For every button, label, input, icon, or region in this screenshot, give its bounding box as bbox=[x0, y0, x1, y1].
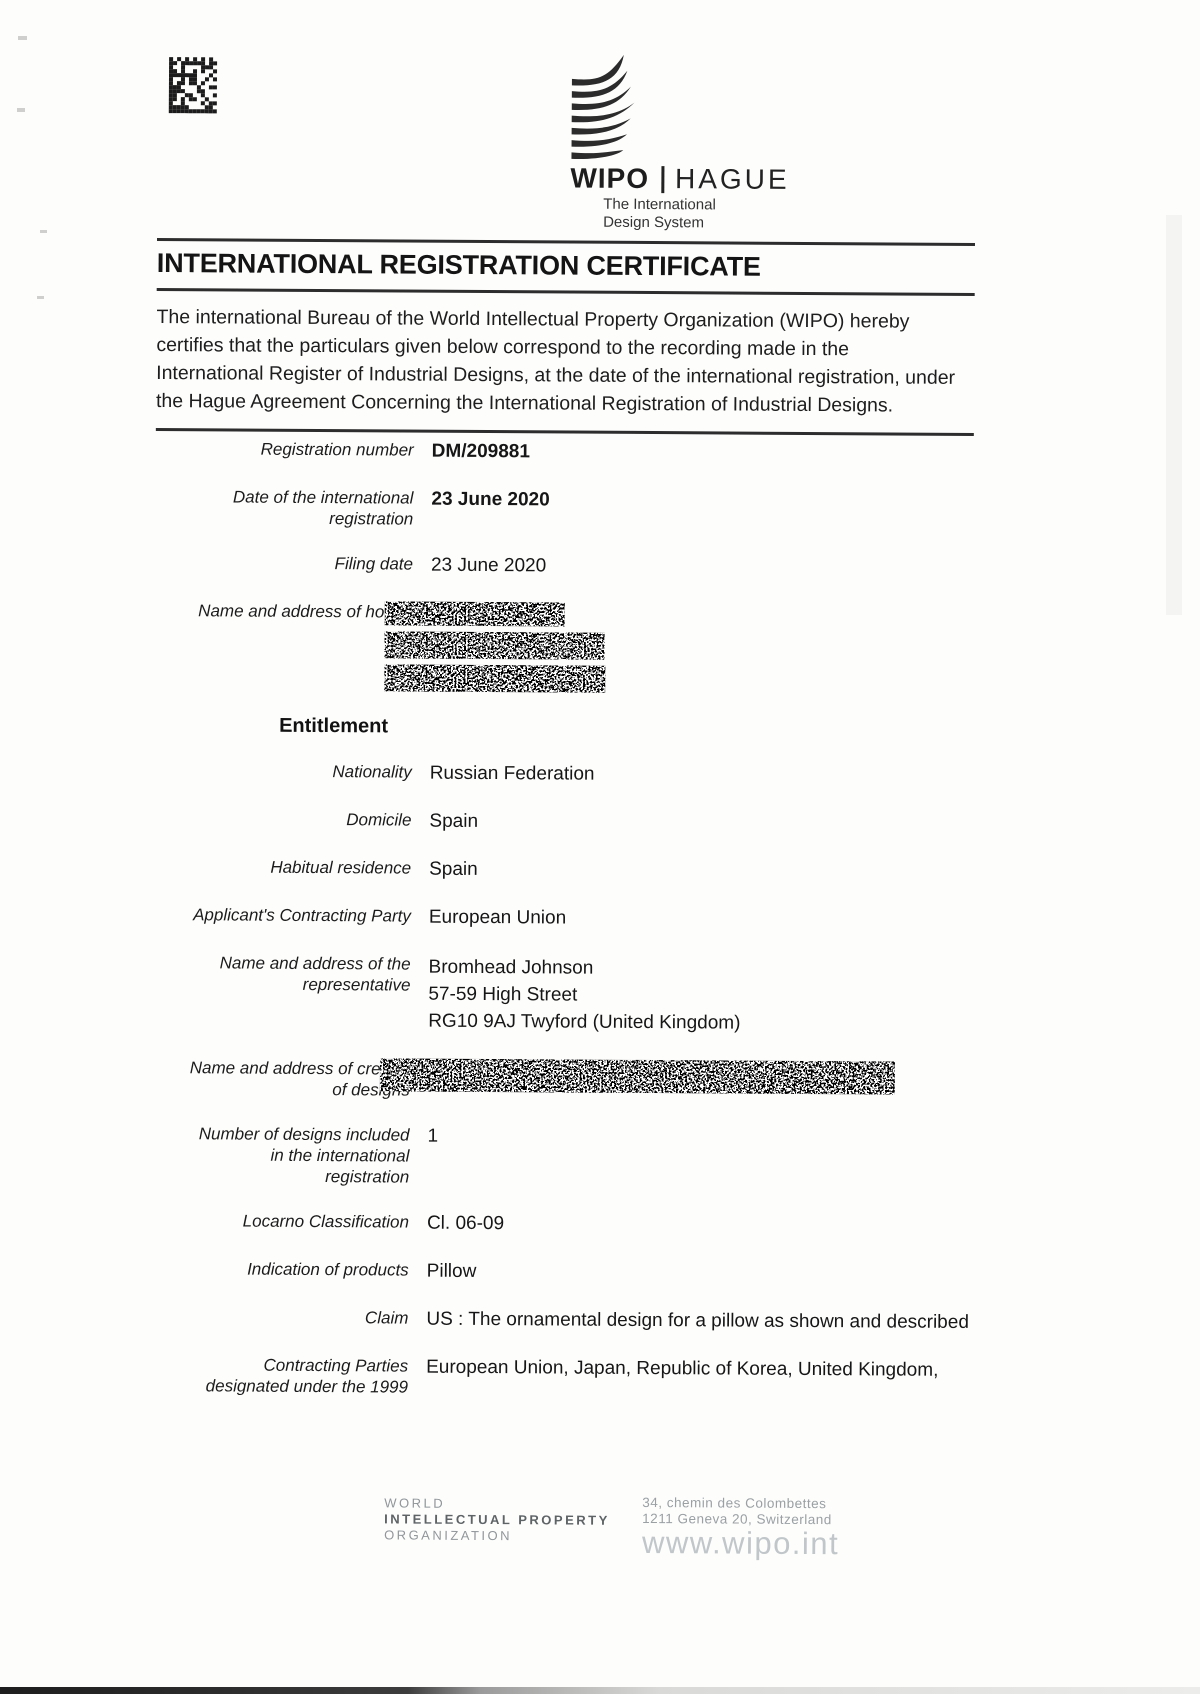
page-title: INTERNATIONAL REGISTRATION CERTIFICATE bbox=[157, 248, 761, 283]
field-value: 23 June 2020 bbox=[431, 488, 550, 531]
logo-program: HAGUE bbox=[675, 163, 790, 196]
field-value: Spain bbox=[429, 810, 478, 834]
intro-paragraph: The international Bureau of the World In… bbox=[156, 303, 967, 420]
representative-name: Bromhead Johnson bbox=[428, 954, 740, 983]
logo-tagline: The International Design System bbox=[603, 196, 716, 233]
footer-organization: WORLD INTELLECTUAL PROPERTY ORGANIZATION bbox=[384, 1495, 610, 1544]
representative-city: RG10 9AJ Twyford (United Kingdom) bbox=[428, 1008, 740, 1037]
logo-wordmark: WIPO HAGUE bbox=[570, 163, 789, 196]
field-label: Number of designs included in the intern… bbox=[151, 1123, 409, 1188]
redacted-holder-line bbox=[384, 631, 604, 659]
field-value: Bromhead Johnson 57-59 High Street RG10 … bbox=[428, 954, 741, 1037]
field-label: Habitual residence bbox=[153, 856, 411, 882]
footer-org-line: WORLD bbox=[384, 1495, 610, 1512]
field-row-registration-date: Date of the international registration 2… bbox=[155, 486, 1075, 534]
field-label: Nationality bbox=[154, 760, 412, 786]
field-value: European Union bbox=[429, 906, 566, 931]
footer-org-line: ORGANIZATION bbox=[384, 1527, 610, 1544]
logo-tagline-line: The International bbox=[603, 196, 716, 215]
field-row-filing-date: Filing date 23 June 2020 bbox=[155, 552, 1075, 582]
representative-street: 57-59 High Street bbox=[428, 981, 740, 1010]
logo-tagline-line: Design System bbox=[603, 214, 716, 233]
field-label: Claim bbox=[150, 1306, 408, 1332]
field-row-holder: Name and address of holder bbox=[154, 600, 1075, 696]
wipo-swirl-logo-icon bbox=[552, 54, 649, 173]
field-label: Filing date bbox=[155, 552, 413, 578]
footer-org-line: INTELLECTUAL PROPERTY bbox=[384, 1511, 610, 1528]
field-value: DM/209881 bbox=[432, 440, 530, 465]
field-label: Locarno Classification bbox=[151, 1210, 409, 1236]
field-value-redacted bbox=[380, 1058, 895, 1103]
field-value: 1 bbox=[427, 1125, 438, 1188]
field-row-creator: Name and address of creator of designs bbox=[152, 1057, 1072, 1105]
logo-divider bbox=[661, 166, 664, 193]
field-label: Name and address of holder bbox=[154, 600, 413, 692]
field-value: 23 June 2020 bbox=[431, 554, 546, 579]
field-row-contracting-party: Applicant's Contracting Party European U… bbox=[153, 904, 1073, 934]
field-row-claim: Claim US : The ornamental design for a p… bbox=[150, 1306, 1070, 1336]
field-value: Cl. 06-09 bbox=[427, 1212, 504, 1236]
certificate-page: WIPO HAGUE The International Design Syst… bbox=[0, 0, 1200, 1694]
field-label: Name and address of the representative bbox=[152, 952, 410, 1035]
horizontal-rule bbox=[156, 428, 974, 436]
field-value: US : The ornamental design for a pillow … bbox=[426, 1308, 969, 1335]
horizontal-rule bbox=[157, 238, 975, 246]
field-label: Contracting Parties designated under the… bbox=[150, 1354, 408, 1398]
footer-address-line: 34, chemin des Colombettes bbox=[642, 1495, 832, 1512]
intro-line: the Hague Agreement Concerning the Inter… bbox=[156, 387, 966, 420]
field-row-designated-parties: Contracting Parties designated under the… bbox=[150, 1354, 1070, 1402]
logo-brand: WIPO bbox=[570, 163, 649, 195]
redacted-creator-line bbox=[380, 1058, 895, 1094]
field-value: Pillow bbox=[427, 1260, 477, 1284]
field-label: Date of the international registration bbox=[155, 486, 413, 530]
field-row-habitual-residence: Habitual residence Spain bbox=[153, 856, 1073, 886]
data-matrix-code bbox=[169, 57, 217, 113]
redacted-holder-line bbox=[384, 664, 605, 692]
document-content: WIPO HAGUE The International Design Syst… bbox=[0, 0, 1200, 1694]
footer-website: www.wipo.int bbox=[642, 1525, 839, 1562]
field-row-products: Indication of products Pillow bbox=[151, 1258, 1071, 1288]
redacted-holder-line bbox=[385, 601, 565, 626]
field-value: Russian Federation bbox=[430, 762, 595, 787]
field-label: Applicant's Contracting Party bbox=[153, 904, 411, 930]
field-value: European Union, Japan, Republic of Korea… bbox=[426, 1356, 939, 1401]
horizontal-rule bbox=[157, 288, 975, 296]
field-list: Registration number DM/209881 Date of th… bbox=[150, 438, 1076, 1426]
field-label: Registration number bbox=[156, 438, 414, 464]
field-row-representative: Name and address of the representative B… bbox=[152, 952, 1072, 1039]
field-label: Name and address of creator of designs bbox=[152, 1057, 410, 1101]
field-row-number-of-designs: Number of designs included in the intern… bbox=[151, 1123, 1071, 1192]
field-label: Domicile bbox=[153, 808, 411, 834]
field-row-registration-number: Registration number DM/209881 bbox=[156, 438, 1076, 468]
field-value: Spain bbox=[429, 858, 478, 882]
field-value-redacted bbox=[384, 601, 606, 692]
field-row-domicile: Domicile Spain bbox=[153, 808, 1073, 838]
field-row-nationality: Nationality Russian Federation bbox=[154, 760, 1074, 790]
section-heading-entitlement: Entitlement bbox=[154, 714, 412, 739]
field-label: Indication of products bbox=[151, 1258, 409, 1284]
footer-address: 34, chemin des Colombettes 1211 Geneva 2… bbox=[642, 1495, 832, 1528]
field-row-locarno: Locarno Classification Cl. 06-09 bbox=[151, 1210, 1071, 1240]
